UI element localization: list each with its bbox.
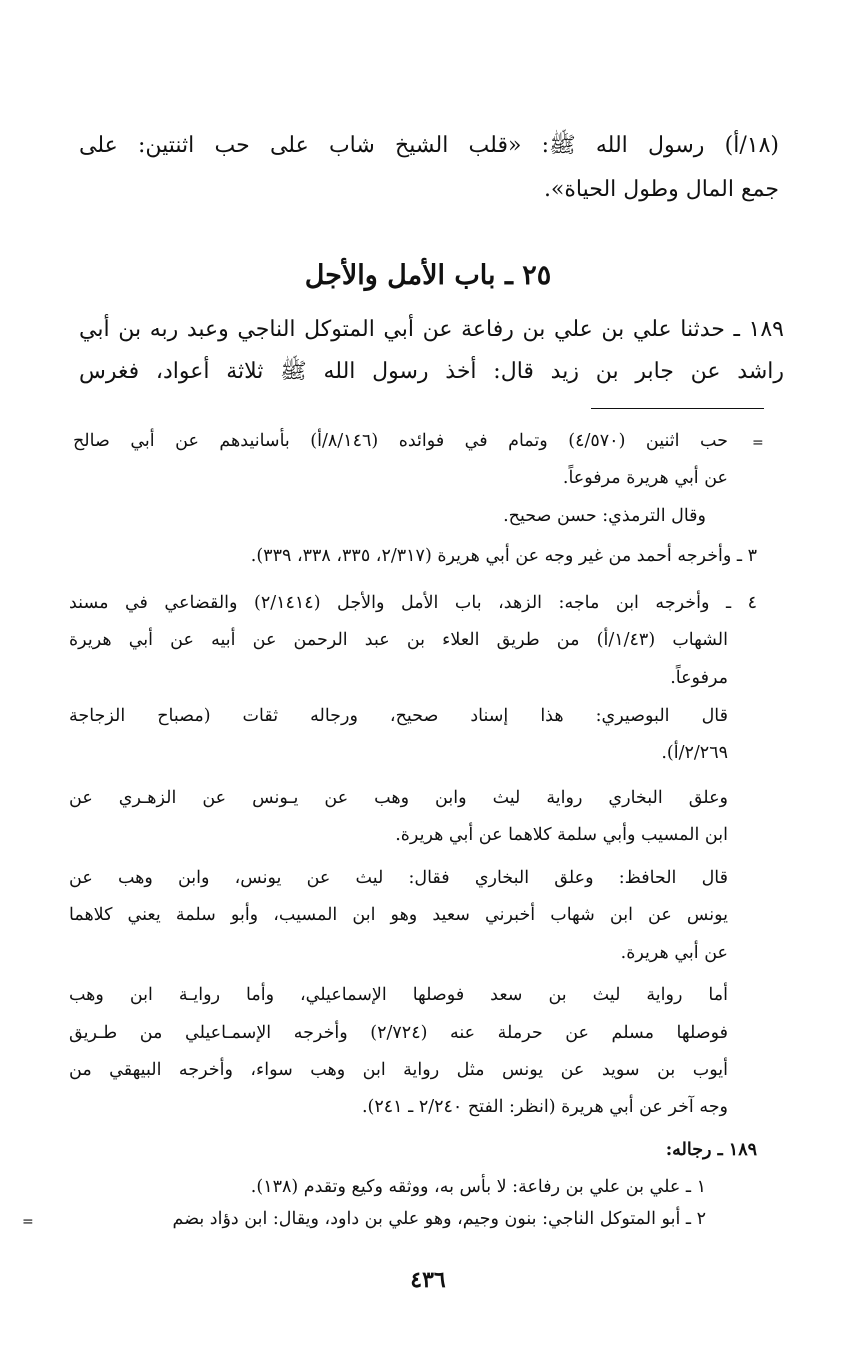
footnote-riwaya-line-2: فوصلها مسلم عن حرملة عنه (٢/٧٢٤) وأخرجه …: [69, 1020, 728, 1046]
footnote-riwaya-line-1: أما رواية ليث بن سعد فوصلها الإسماعيلي، …: [69, 982, 728, 1008]
footnote-item-4-line-2: الشهاب (١/٤٣/أ) من طريق العلاء بن عبد ال…: [69, 627, 728, 653]
chapter-heading: ٢٥ ـ باب الأمل والأجل: [0, 258, 856, 294]
footnote-busiri-line-1: قال البوصيري: هذا إسناد صحيح، ورجاله ثقا…: [69, 703, 728, 729]
continuation-mark-top: =: [752, 436, 764, 450]
footnote-block1-line-3: وقال الترمذي: حسن صحيح.: [503, 503, 706, 529]
hadith-line-2: راشد عن جابر بن زيد قال: أخذ رسول الله ﷺ…: [79, 357, 784, 387]
footnote-item-3: ٣ ـ وأخرجه أحمد من غير وجه عن أبي هريرة …: [251, 543, 757, 569]
footnote-riwaya-line-4: وجه آخر عن أبي هريرة (انظر: الفتح ٢/٢٤٠ …: [362, 1094, 728, 1120]
continuation-mark-bottom: =: [22, 1215, 34, 1229]
footnote-bukhari-line-2: ابن المسيب وأبي سلمة كلاهما عن أبي هريرة…: [395, 822, 728, 848]
footnote-block1-line-1: حب اثنين (٤/٥٧٠) وتمام في فوائده (٨/١٤٦/…: [73, 428, 728, 454]
rijal-item-2: ٢ ـ أبو المتوكل الناجي: بنون وجيم، وهو ع…: [173, 1206, 706, 1232]
footnote-separator: [591, 408, 764, 409]
footnote-item-4-line-1: ٤ ـ وأخرجه ابن ماجه: الزهد، باب الأمل وا…: [69, 590, 757, 616]
book-page: (١٨/أ) رسول الله ﷺ: «قلب الشيخ شاب على ح…: [0, 0, 856, 1356]
rijal-heading: ١٨٩ ـ رجاله:: [666, 1137, 757, 1163]
rijal-item-1: ١ ـ علي بن علي بن رفاعة: لا بأس به، ووثق…: [251, 1174, 706, 1200]
footnote-block1-line-2: عن أبي هريرة مرفوعاً.: [563, 465, 728, 491]
footnote-hafiz-line-1: قال الحافظ: وعلق البخاري فقال: ليث عن يو…: [69, 865, 728, 891]
hadith-line-1: ١٨٩ ـ حدثنا علي بن علي بن رفاعة عن أبي ا…: [79, 315, 784, 345]
footnote-busiri-line-2: ٢/٢٦٩/أ).: [661, 740, 728, 766]
footnote-bukhari-line-1: وعلق البخاري رواية ليث وابن وهب عن يـونس…: [69, 785, 728, 811]
main-continued-line-2: جمع المال وطول الحياة».: [544, 175, 779, 205]
footnote-hafiz-line-3: عن أبي هريرة.: [621, 940, 728, 966]
footnote-hafiz-line-2: يونس عن ابن شهاب أخبرني سعيد وهو ابن الم…: [69, 902, 728, 928]
main-continued-line-1: (١٨/أ) رسول الله ﷺ: «قلب الشيخ شاب على ح…: [79, 131, 779, 161]
page-number: ٤٣٦: [0, 1267, 856, 1293]
footnote-item-4-line-3: مرفوعاً.: [670, 665, 728, 691]
footnote-riwaya-line-3: أيوب بن سويد عن يونس مثل رواية ابن وهب س…: [69, 1057, 728, 1083]
